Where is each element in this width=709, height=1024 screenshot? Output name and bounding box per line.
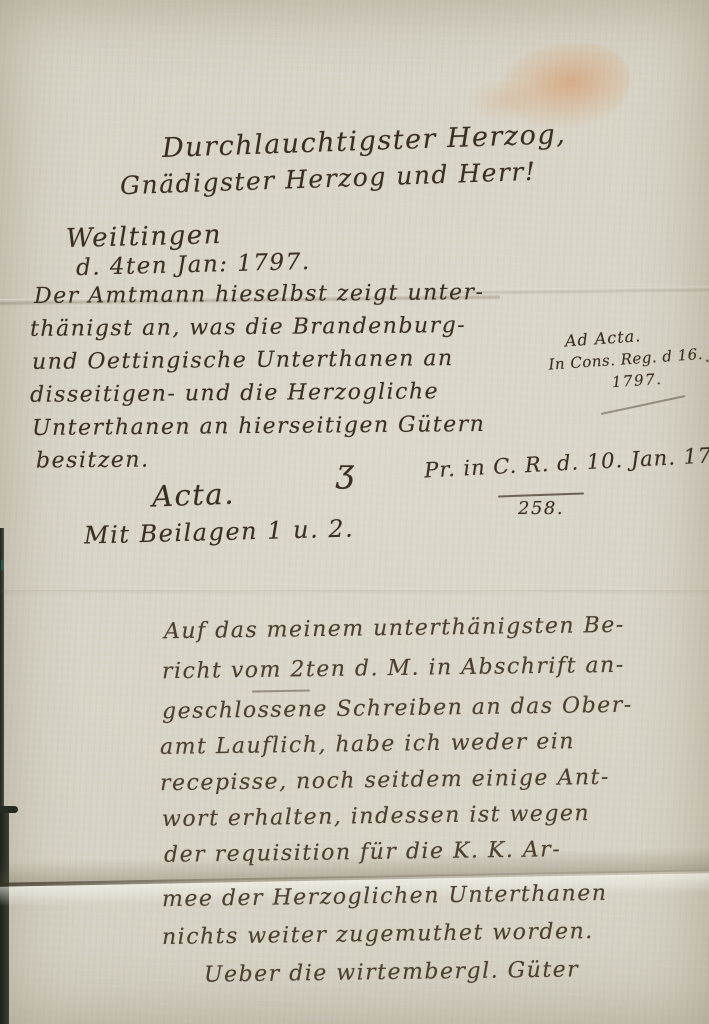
scanned-letter: Durchlauchtigster Herzog, Gnädigster Her… — [0, 0, 709, 1024]
dateline-place: Weiltingen — [66, 220, 223, 254]
abstract-line: disseitigen- und die Herzogliche — [30, 379, 439, 408]
abstract-line: besitzen. — [36, 448, 150, 474]
body-line: Ueber die wirtembergl. Güter — [204, 957, 580, 987]
abstract-line: thänigst an, was die Brandenburg- — [30, 313, 466, 342]
abstract-line: Unterthanen an hierseitigen Gütern — [32, 412, 486, 441]
paper-edge-shadow — [0, 528, 4, 810]
wax-stain — [468, 78, 538, 123]
paper-edge-shadow — [0, 810, 9, 1024]
abstract-line: Der Amtmann hieselbst zeigt unter- — [34, 280, 485, 309]
praesentatum-number: 258. — [518, 498, 564, 519]
paper-edge-step — [0, 806, 18, 813]
acta-heading: Acta. — [151, 477, 235, 514]
abstract-line: und Oettingische Unterthanen an — [32, 346, 454, 375]
scan-artifact — [1, 560, 4, 570]
pen-flourish: ʒ — [336, 452, 356, 490]
